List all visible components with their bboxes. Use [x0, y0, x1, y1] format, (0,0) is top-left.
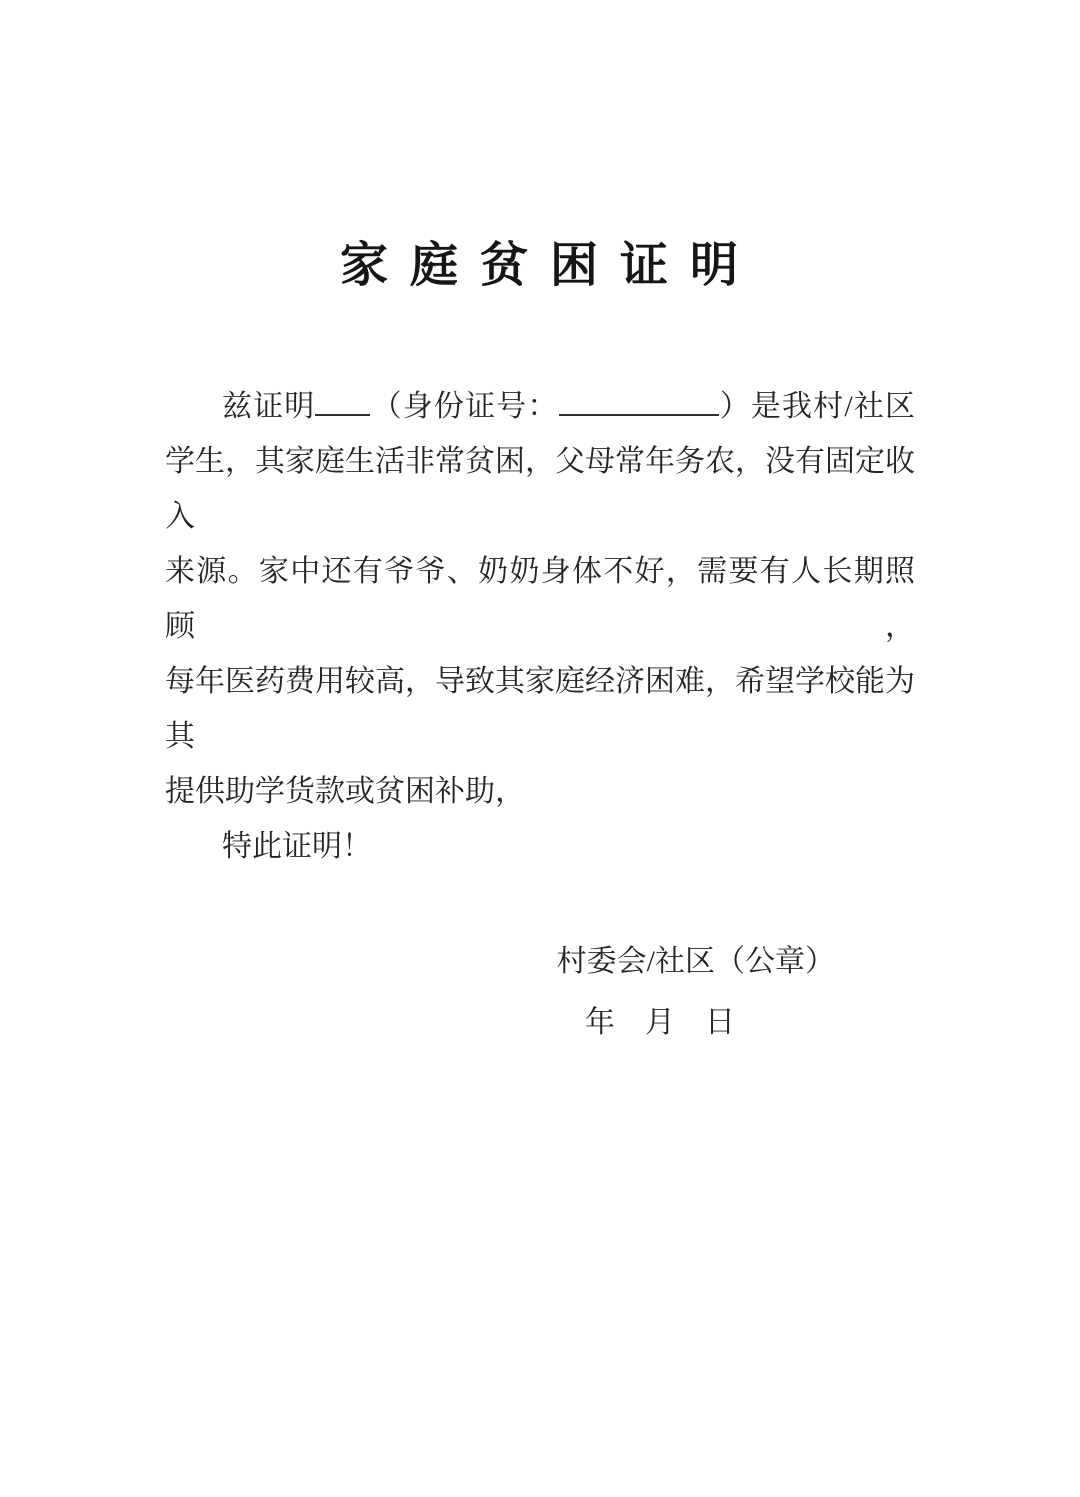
- paragraph-line-5: 提供助学货款或贫困补助，: [165, 764, 915, 819]
- paragraph-line-3: 来源。家中还有爷爷、奶奶身体不好，需要有人长期照顾，: [165, 544, 915, 654]
- line1-tail-text: ）是我村/社区: [719, 390, 915, 423]
- issuer-line: 村委会/社区（公章）: [0, 934, 1080, 989]
- intro-text: 兹证明: [222, 390, 315, 423]
- document-title: 家 庭 贫 困 证 明: [0, 0, 1080, 295]
- name-blank: [315, 383, 370, 416]
- paragraph-line-1: 兹证明（身份证号：）是我村/社区: [165, 379, 915, 434]
- closing-statement: 特此证明！: [165, 819, 915, 874]
- paragraph-line-4: 每年医药费用较高，导致其家庭经济困难，希望学校能为其: [165, 654, 915, 764]
- id-label-text: （身份证号：: [370, 390, 558, 423]
- id-number-blank: [559, 383, 719, 416]
- date-line: 年 月 日: [0, 995, 1080, 1050]
- paragraph-line-2: 学生，其家庭生活非常贫困，父母常年务农，没有固定收入: [165, 434, 915, 544]
- document-body: 兹证明（身份证号：）是我村/社区 学生，其家庭生活非常贫困，父母常年务农，没有固…: [165, 379, 915, 874]
- signature-block: 村委会/社区（公章） 年 月 日: [0, 934, 1080, 1050]
- certificate-page: 家 庭 贫 困 证 明 兹证明（身份证号：）是我村/社区 学生，其家庭生活非常贫…: [0, 0, 1080, 1497]
